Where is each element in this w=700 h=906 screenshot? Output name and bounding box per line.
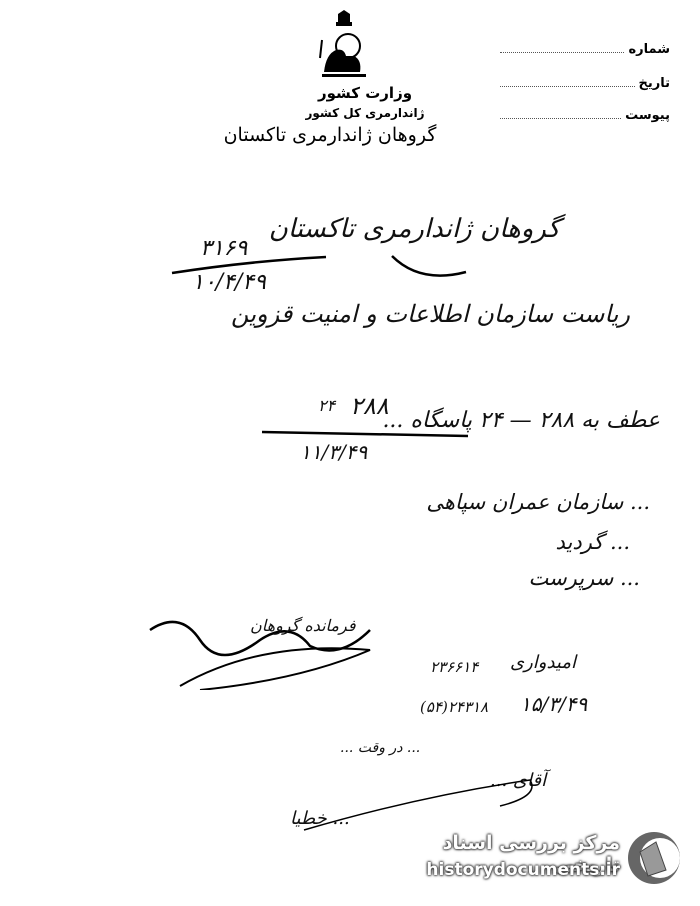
fraction-line (260, 428, 470, 440)
field-attachment-line (500, 117, 621, 119)
addressee-swash (390, 250, 470, 290)
note-number-1: ۲۳۶۶۱۴ (430, 658, 478, 676)
handwritten-recipient: ریاست سازمان اطلاعات و امنیت قزوین (231, 300, 630, 328)
fraction-top-small: ۲۴ (318, 396, 335, 415)
fraction-bottom: ۱۱/۳/۴۹ (300, 440, 367, 464)
field-number: شماره (500, 42, 670, 57)
lion-and-sun-emblem-icon (316, 10, 372, 84)
signature-scribble (140, 600, 380, 690)
department-title: ژاندارمری کل کشور (300, 106, 430, 120)
ref-date: ۱۰/۴/۴۹ (192, 270, 266, 295)
field-date-line (500, 85, 635, 87)
fraction-top: ۲۸۸ (350, 392, 389, 420)
field-attachment-label: پیوست (625, 108, 670, 123)
handwritten-addressee: گروهان ژاندارمری تاکستان (269, 214, 560, 244)
signature-title: فرمانده گروهان (250, 616, 355, 635)
body-line-3: ... گردید (555, 530, 630, 554)
field-attachment: پیوست (500, 108, 670, 123)
field-number-line (500, 51, 624, 53)
note-number-2: (۵۴)۲۴۳۱۸ (420, 698, 488, 716)
field-number-label: شماره (628, 42, 670, 57)
note-date: ۱۵/۳/۴۹ (520, 692, 587, 716)
footer-line-3: ... خطیا (290, 808, 350, 829)
body-line-2: ... سازمان عمران سپاهی (426, 490, 650, 514)
note-label: امیدواری (510, 652, 576, 673)
history-documents-logo-icon (626, 830, 682, 886)
watermark: مرکز بررسی اسناد تاریخی historydocuments… (407, 826, 682, 892)
watermark-url: historydocuments.ir (426, 860, 620, 880)
ministry-title: وزارت کشور (300, 84, 430, 102)
footer-line-1: ... در وقت ... (340, 740, 420, 756)
field-date: تاریخ (500, 76, 670, 91)
body-line-4: ... سرپرست (528, 566, 640, 590)
field-date-label: تاریخ (639, 76, 671, 91)
unit-title: گروهان ژاندارمری تاکستان (215, 124, 445, 146)
